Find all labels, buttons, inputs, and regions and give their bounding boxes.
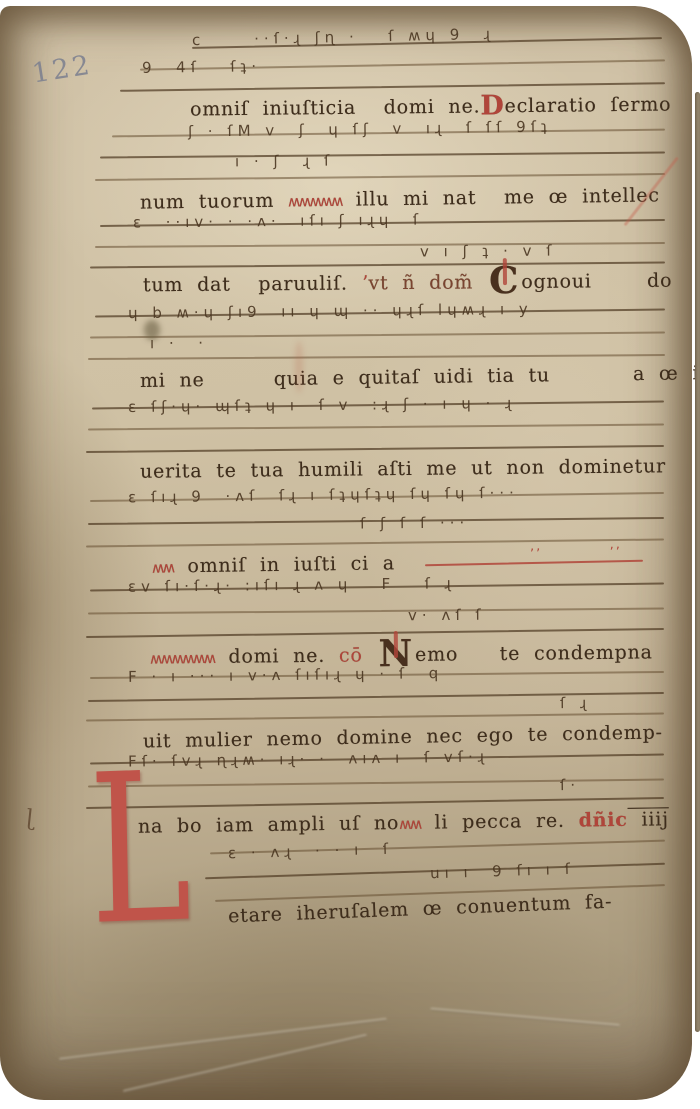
initial-c: C: [489, 275, 519, 282]
text-segment: li pecca re.: [421, 810, 579, 834]
text-line-8: uit mulier nemo domine nec ego te condem…: [143, 721, 663, 752]
text-segment: etare iheruſalem œ conuentum fa-: [228, 891, 613, 928]
red-filler: ʍʍʍʍʍʍ: [150, 649, 215, 668]
staff-line: [90, 261, 665, 268]
fold-crease: [430, 1008, 620, 1028]
neume-row: ı · ʃ ɻ ſ: [235, 152, 334, 171]
text-segment: uit mulier nemo domine nec ego te condem…: [143, 721, 663, 752]
staff-line: [100, 152, 665, 158]
initial-red-infill: [394, 631, 398, 658]
neume-row: ſ ɻ: [560, 694, 591, 712]
manuscript-page: 122 ɭ c ··ſ·ɻ ʃɳ: [0, 6, 692, 1100]
staff-line: [86, 628, 664, 638]
text-line-5: uerita te tua humili aſti me ut non domi…: [140, 455, 666, 483]
staff-line: [88, 607, 664, 614]
staff-line: [95, 173, 665, 180]
rubric: vt ñ dom̃: [368, 271, 487, 294]
text-segment: do: [592, 270, 673, 293]
text-segment: illu mi nat me œ intellec: [342, 184, 660, 210]
red-stain: [295, 341, 303, 393]
initial-l: L: [88, 765, 192, 933]
rubric: cō: [339, 644, 377, 666]
text-line-3: tum dat paruuliſ. ʼvt ñ dom̃ Cognoui do: [143, 270, 672, 297]
text-line-7: ʍʍʍʍʍʍ domi ne. cō Nemo te condempna: [150, 641, 653, 668]
text-segment: omniſ iniuſticia domi ne.: [190, 95, 481, 120]
text-line-6: ʍʍ omniſ in iuſti ci a: [152, 552, 395, 577]
rubric: dñic: [578, 809, 627, 832]
neume-row: ɛ ··ıv· · ·ʌ· ıſı ʃ ıɻɥ ſ: [133, 210, 423, 231]
neume-row: ſ·: [560, 776, 580, 794]
staff-line: [86, 445, 664, 453]
text-line-9: na bo iam ampli uſ noʍʍ li pecca re. dñi…: [138, 808, 669, 837]
text-line-2: num tuorum ʍʍʍʍʍ illu mi nat me œ intell…: [140, 184, 660, 213]
staff-line: [86, 712, 664, 721]
text-segment: eclaratio ſermo: [505, 93, 672, 117]
text-line-10: etare iheruſalem œ conuentum fa-: [228, 891, 613, 928]
neume-row: ɛ · ʌɻ · · ı ſ: [228, 840, 394, 863]
manuscript-photo: 122 ɭ c ··ſ·ɻ ʃɳ: [0, 0, 700, 1109]
page-number: 122: [30, 49, 95, 89]
adjacent-page-edge: [695, 92, 700, 1032]
fold-crease: [123, 1034, 367, 1093]
red-rule-marks: ʼʼ ʼʼ: [530, 545, 622, 562]
neume-row: ſ ʃ ſ ſ ···: [360, 514, 469, 533]
text-segment: num tuorum: [140, 190, 288, 214]
neume-row: ɛv ſı·ſ·ɻ· :ıſı ɻ ʌ ɥ F ſ ɻ: [128, 574, 456, 595]
initial-red-infill: [503, 258, 507, 285]
staff-line: [120, 82, 665, 91]
neume-row: 9 4ſ ſʇ·: [142, 57, 261, 77]
red-filler: ʍʍʍʍʍ: [288, 192, 342, 211]
initial-n: N: [378, 648, 413, 655]
ink-stain: [144, 320, 160, 340]
neume-row: ɥ b ʍ·ɥ ʃı9 ıı ɥ ɰ ·· ɥɻſ lɥʍɻ ı y: [128, 300, 533, 322]
text-segment: uerita te tua humili aſti me ut non domi…: [140, 455, 666, 483]
neume-row: v· ʌſ ſ: [408, 606, 486, 625]
text-segment: omniſ in iuſti ci a: [173, 552, 395, 577]
text-segment: emo: [415, 643, 458, 665]
neume-row: c ··ſ·ɻ ʃɳ · ſ ʍɥ 9 ɻ: [192, 25, 495, 49]
text-segment: iiij: [628, 808, 669, 831]
neume-row: ɛ ſʃ·ɥ· ɰſʇ ɥ ı ſ v :ɻ ʃ · ı ɥ · ɻ: [128, 394, 516, 416]
text-line-4: mi ne quia e quitaſ uidi tia tu a œ in: [140, 362, 700, 392]
initial-d: D: [480, 90, 505, 121]
staff-line: [88, 354, 665, 360]
neume-row: ı · ·: [150, 334, 208, 352]
text-segment: domi ne.: [215, 645, 340, 668]
red-filler: ʍʍ: [152, 558, 174, 576]
staff-line: [88, 423, 664, 430]
red-filler: ʍʍ: [399, 815, 421, 833]
text-line-1: omniſ iniuſticia domi ne.Declaratio ſerm…: [190, 93, 672, 120]
staff-line: [95, 242, 665, 247]
text-segment: ognoui: [521, 270, 592, 293]
margin-mark: ɭ: [25, 806, 36, 832]
text-segment: mi ne quia e quitaſ uidi tia tu a œ in: [140, 362, 700, 392]
neume-row: uı ı 9 ſı ı ſ: [430, 860, 575, 883]
neume-row: ɛ ſıɻ 9 ·ʌſ ſɻ ı ſʇɥſʇɥ ſɥ ſɥ ſ···: [128, 484, 519, 507]
text-segment: te condempna: [458, 641, 653, 665]
text-segment: tum dat paruuliſ.: [143, 272, 362, 296]
